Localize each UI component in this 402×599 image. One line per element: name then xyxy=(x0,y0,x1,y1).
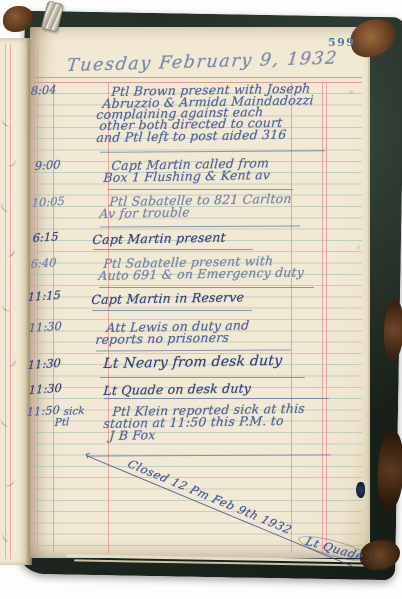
margin-rule xyxy=(37,45,38,554)
foxing-spot xyxy=(356,245,361,250)
gutter-page-edge xyxy=(0,38,32,565)
column-rule xyxy=(326,82,327,553)
margin-rule xyxy=(34,45,35,554)
column-rule xyxy=(53,82,54,553)
column-rule xyxy=(291,82,292,553)
ruled-lines xyxy=(34,93,362,554)
ledger-photo: 599 Tuesday February 9, 1932 8:04 Ptl Br… xyxy=(0,0,402,599)
foxing-spot xyxy=(348,89,355,95)
cover-damage-spot xyxy=(356,482,365,498)
column-rule xyxy=(322,82,323,553)
column-rule xyxy=(108,82,109,553)
worn-leather-edge xyxy=(384,300,402,360)
gutter-handwriting-fragments xyxy=(0,38,32,565)
worn-leather-edge xyxy=(378,430,402,510)
header-rule-teal xyxy=(34,77,362,78)
header-rule-red xyxy=(34,82,362,83)
ledger-page xyxy=(30,27,370,558)
